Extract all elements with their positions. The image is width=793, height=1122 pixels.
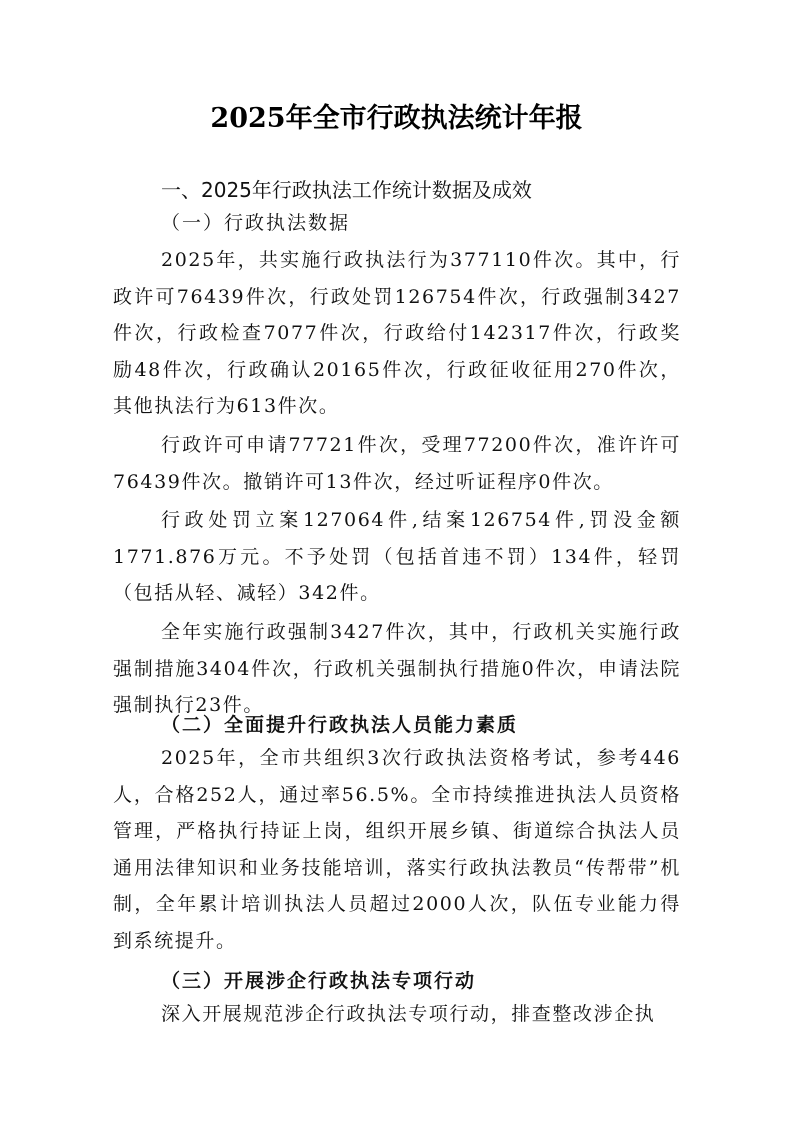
paragraph-enforcement-measures: 全年实施行政强制3427件次，其中，行政机关实施行政强制措施3404件次，行政机… [113, 614, 681, 724]
paragraph-personnel: 2025年，全市共组织3次行政执法资格考试，参考446人，合格252人，通过率5… [113, 740, 681, 959]
paragraph-enterprise-action: 深入开展规范涉企行政执法专项行动，排查整改涉企执 [113, 996, 681, 1033]
paragraph-enforcement-totals: 2025年，共实施行政执法行为377110件次。其中，行政许可76439件次，行… [113, 242, 681, 425]
document-page: 2025年全市行政执法统计年报 一、2025年行政执法工作统计数据及成效 （一）… [0, 0, 793, 1122]
subsection-heading-1: （一）行政执法数据 [161, 208, 350, 235]
section-heading-1: 一、2025年行政执法工作统计数据及成效 [161, 174, 532, 203]
document-title: 2025年全市行政执法统计年报 [0, 96, 793, 135]
subsection-heading-3: （三）开展涉企行政执法专项行动 [161, 966, 476, 993]
paragraph-penalties: 行政处罚立案127064件,结案126754件,罚没金额1771.876万元。不… [113, 502, 681, 612]
subsection-heading-2: （二）全面提升行政执法人员能力素质 [161, 710, 518, 737]
paragraph-licensing: 行政许可申请77721件次，受理77200件次，准许许可76439件次。撤销许可… [113, 427, 681, 500]
